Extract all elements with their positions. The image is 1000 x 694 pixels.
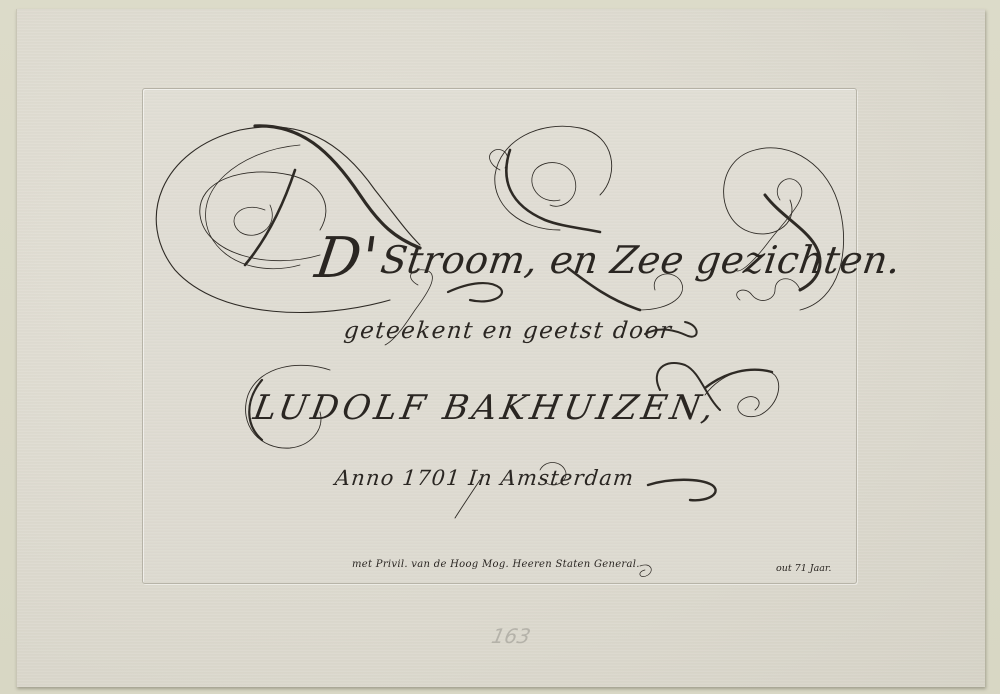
artist-age-note: out 71 Jaar. [776,563,831,574]
pencil-inventory-number: 163 [489,624,532,648]
title-initial: D' [311,226,381,291]
print-title: D'Stroom, en Zee gezichten. [311,226,905,291]
subtitle-line: geteekent en geetst door [343,318,674,344]
artist-name: LUDOLF BAKHUIZEN, [250,388,720,428]
privilege-line: met Privil. van de Hoog Mog. Heeren Stat… [352,559,640,570]
date-place-line: Anno 1701 In Amsterdam [334,466,636,490]
title-text: Stroom, en Zee gezichten. [378,238,904,282]
